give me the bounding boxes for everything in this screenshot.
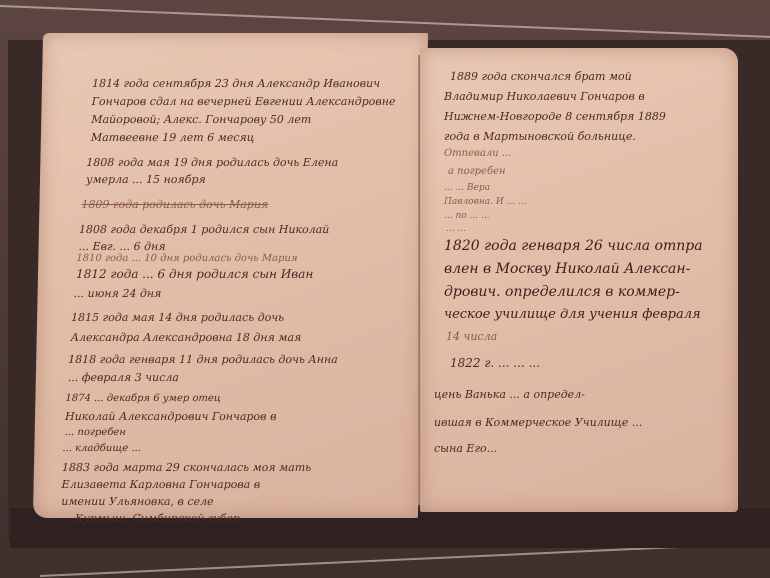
handwritten-line: ... погребен bbox=[65, 427, 126, 438]
handwritten-line: ... Евг. ... 6 дня bbox=[78, 240, 165, 253]
handwritten-line: ... ... Вера bbox=[444, 183, 490, 193]
handwritten-line: 1812 года ... 6 дня родился сын Иван bbox=[76, 267, 314, 281]
handwritten-line: Отпевали ... bbox=[444, 148, 511, 159]
right-page-text: 1889 года скончался брат мой Владимир Ни… bbox=[420, 48, 738, 512]
handwritten-line: влен в Москву Николай Алексан- bbox=[444, 261, 690, 277]
handwritten-line: года в Мартыновской больнице. bbox=[444, 130, 636, 143]
handwritten-line: Майоровой; Алекс. Гончарову 50 лет bbox=[91, 113, 311, 126]
handwritten-line: Александра Александровна 18 дня мая bbox=[71, 331, 302, 344]
handwritten-line: Елизавета Карловна Гончарова в bbox=[61, 478, 260, 491]
handwritten-line: ческое училище для учения февраля bbox=[444, 307, 701, 322]
handwritten-line: 1889 года скончался брат мой bbox=[450, 70, 632, 83]
handwritten-line: имении Ульяновка, в селе bbox=[61, 495, 214, 508]
handwritten-line: ившая в Коммерческое Училище ... bbox=[434, 416, 642, 429]
handwritten-line: сына Его... bbox=[434, 442, 497, 455]
handwritten-line: 1822 г. ... ... ... bbox=[450, 356, 540, 370]
handwritten-line: ... февраля 3 числа bbox=[68, 371, 179, 384]
handwritten-line: Владимир Николаевич Гончаров в bbox=[444, 90, 645, 103]
handwritten-line: ... Курмыш, Симбирской губер. bbox=[61, 512, 244, 525]
handwritten-line: Гончаров сдал на вечерней Евгении Алекса… bbox=[92, 95, 396, 108]
left-page-text: 1814 года сентября 23 дня Александр Иван… bbox=[33, 33, 428, 518]
handwritten-line: а погребен bbox=[448, 166, 506, 177]
handwritten-line: Матвеевне 19 лет 6 месяц bbox=[91, 131, 255, 144]
right-page: 1889 года скончался брат мой Владимир Ни… bbox=[420, 48, 738, 512]
handwritten-line: 1874 ... декабря 6 умер отец bbox=[65, 393, 221, 404]
handwritten-line: 1815 года мая 14 дня родилась дочь bbox=[71, 311, 284, 324]
handwritten-line: Николай Александрович Гончаров в bbox=[65, 410, 277, 423]
handwritten-line: ... июня 24 дня bbox=[73, 287, 161, 300]
handwritten-line: 14 числа bbox=[446, 330, 497, 343]
handwritten-line: Нижнем-Новгороде 8 сентября 1889 bbox=[444, 110, 666, 123]
handwritten-line: умерла ... 15 ноября bbox=[86, 173, 206, 186]
handwritten-line: дрович. определился в коммер- bbox=[444, 284, 680, 300]
handwritten-line: цень Ванька ... а определ- bbox=[434, 388, 585, 401]
left-page: 1814 года сентября 23 дня Александр Иван… bbox=[33, 33, 428, 518]
handwritten-line: ... кладбище ... bbox=[62, 443, 141, 454]
handwritten-line: 1809 года родилась дочь Мария bbox=[81, 198, 268, 211]
handwritten-line: 1818 года генваря 11 дня родилась дочь А… bbox=[68, 353, 338, 366]
handwritten-line: 1808 года мая 19 дня родилась дочь Елена bbox=[86, 156, 338, 169]
handwritten-line: 1820 года генваря 26 числа отпра bbox=[444, 238, 703, 254]
handwritten-line: Павловна. И ... ... bbox=[444, 197, 527, 207]
handwritten-line: 1808 года декабря 1 родился сын Николай bbox=[79, 223, 330, 236]
handwritten-line: 1814 года сентября 23 дня Александр Иван… bbox=[92, 77, 380, 90]
handwritten-line: 1883 года марта 29 скончалась моя мать bbox=[62, 461, 312, 474]
handwritten-line: ... ... bbox=[446, 224, 466, 234]
handwritten-line: 1810 года ... 10 дня родилась дочь Мария bbox=[76, 253, 297, 264]
handwritten-line: ... по ... ... bbox=[444, 211, 490, 221]
